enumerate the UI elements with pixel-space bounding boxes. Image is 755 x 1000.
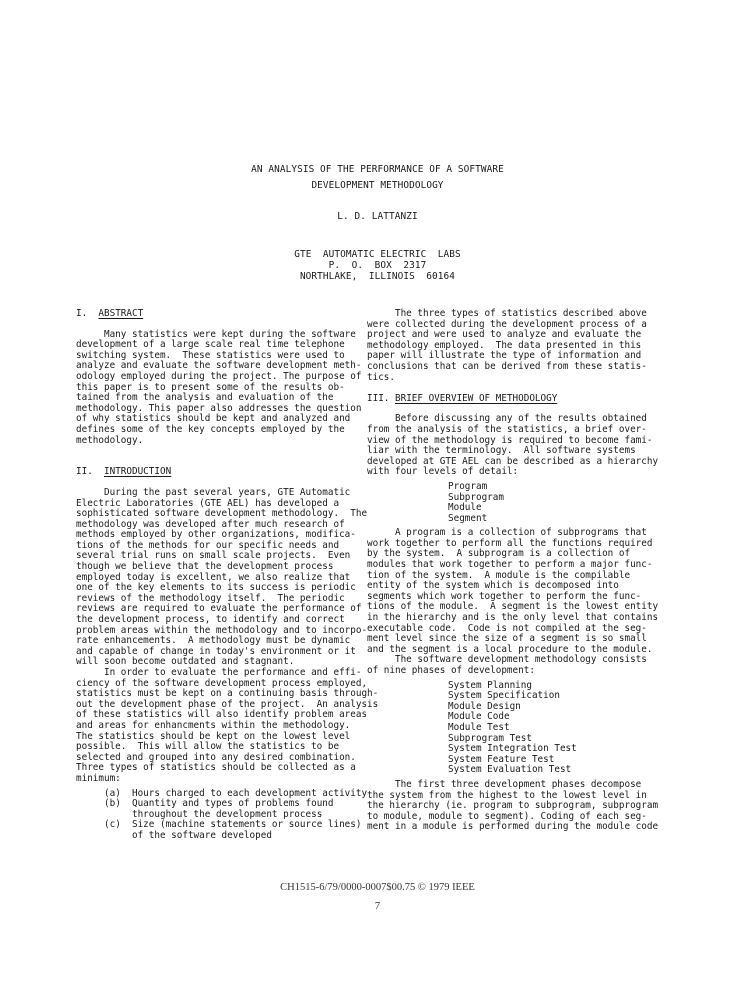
- page-number: 7: [0, 901, 755, 912]
- text-line: of the software developed: [104, 831, 348, 842]
- text-line: minimum:: [76, 774, 348, 785]
- paper-title: AN ANALYSIS OF THE PERFORMANCE OF A SOFT…: [0, 162, 755, 193]
- introduction-body: During the past several years, GTE Autom…: [76, 488, 348, 785]
- title-line: DEVELOPMENT METHODOLOGY: [0, 178, 755, 194]
- author-name: L. D. LATTANZI: [0, 209, 755, 225]
- text-line: conclusions that can be derived from the…: [367, 362, 639, 373]
- statistics-summary-paragraph: The three types of statistics described …: [367, 309, 639, 383]
- abstract-body: Many statistics were kept during the sof…: [76, 330, 348, 447]
- affiliation: GTE AUTOMATIC ELECTRIC LABS P. O. BOX 23…: [0, 249, 755, 282]
- text-line: Program: [448, 482, 639, 493]
- left-column: I. ABSTRACT Many statistics were kept du…: [76, 309, 348, 842]
- text-line: of nine phases of development:: [367, 666, 639, 677]
- hierarchy-definitions: A program is a collection of subprograms…: [367, 528, 639, 676]
- paper-page: AN ANALYSIS OF THE PERFORMANCE OF A SOFT…: [0, 0, 755, 1000]
- text-line: Module Test: [448, 723, 639, 734]
- statistics-type-list: (a) Hours charged to each development ac…: [76, 789, 348, 842]
- text-line: methodology.: [76, 436, 348, 447]
- text-line: tics.: [367, 373, 639, 384]
- section-heading-abstract: I. ABSTRACT: [76, 309, 348, 320]
- title-line: AN ANALYSIS OF THE PERFORMANCE OF A SOFT…: [0, 162, 755, 178]
- text-line: from the analysis of the statistics, a b…: [367, 425, 639, 436]
- text-line: odology employed during the project. The…: [76, 372, 348, 383]
- text-line: ment in a module is performed during the…: [367, 822, 639, 833]
- text-line: System Evaluation Test: [448, 765, 639, 776]
- affiliation-line: NORTHLAKE, ILLINOIS 60164: [0, 271, 755, 282]
- text-line: with four levels of detail:: [367, 467, 639, 478]
- section-heading-overview: III. BRIEF OVERVIEW OF METHODOLOGY: [367, 394, 639, 405]
- overview-body: Before discussing any of the results obt…: [367, 414, 639, 478]
- text-line: During the past several years, GTE Autom…: [76, 488, 348, 499]
- development-phases-list: System PlanningSystem SpecificationModul…: [367, 681, 639, 776]
- hierarchy-levels-list: ProgramSubprogramModuleSegment: [367, 482, 639, 524]
- right-column: The three types of statistics described …: [367, 309, 639, 833]
- affiliation-line: P. O. BOX 2317: [0, 260, 755, 271]
- copyright-code: CH1515-6/79/0000-0007$00.75 © 1979 IEEE: [0, 882, 755, 893]
- text-line: Segment: [448, 514, 639, 525]
- text-line: In order to evaluate the performance and…: [76, 668, 348, 679]
- section-heading-introduction: II. INTRODUCTION: [76, 467, 348, 478]
- affiliation-line: GTE AUTOMATIC ELECTRIC LABS: [0, 249, 755, 260]
- text-line: The three types of statistics described …: [367, 309, 639, 320]
- text-line: and areas for enhancments within the met…: [76, 721, 348, 732]
- text-line: The first three development phases decom…: [367, 780, 639, 791]
- phases-description: The first three development phases decom…: [367, 780, 639, 833]
- text-line: defines some of the key concepts employe…: [76, 425, 348, 436]
